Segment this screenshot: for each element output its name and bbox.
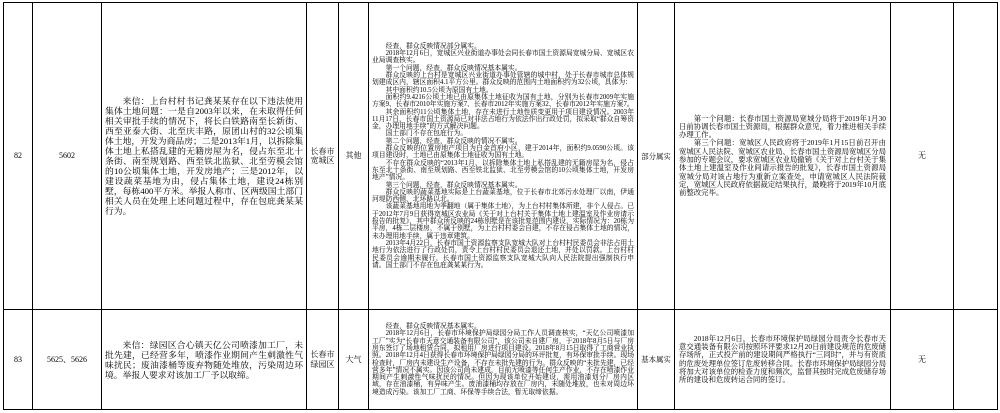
handling-cell: 第一个问题：长春市国土资源局宽城分局将于2019年1月30日前协调长春市国土资源… bbox=[675, 3, 891, 310]
case-number-cell: 5602 bbox=[33, 3, 102, 310]
paragraph: 其余面积约11公顷集体土地，存在未进行土地性质变更用于项目建设情况。2003年1… bbox=[372, 109, 634, 131]
complaint-text: 来信：绿园区合心镇天亿公司喷漆加工厂，未批先建，已经营多年，喷漆作业期间产生刺激… bbox=[105, 340, 303, 380]
paragraph: 其中面积约10.5公顷为原国有土地。 bbox=[372, 87, 634, 94]
pollution-type-cell: 其他 bbox=[339, 3, 369, 310]
row-number-cell: 82 bbox=[4, 3, 33, 310]
pollution-type-cell: 大气 bbox=[339, 310, 369, 410]
paragraph: 第一个问题：长春市国土资源局宽城分局将于2019年1月30日前协调长春市国土资源… bbox=[679, 115, 886, 140]
paragraph: 2018年12月6日，长春市环境保护局绿园分局责令长春市天意交通装备有限公司按照… bbox=[679, 335, 886, 385]
verification-cell: 经查，群众反映情况基本属实。2018年12月6日，长春市环境保护局绿园分局工作人… bbox=[369, 310, 638, 410]
handling-cell: 2018年12月6日，长春市环境保护局绿园分局责令长春市天意交通装备有限公司按照… bbox=[675, 310, 891, 410]
table-row: 82 5602 来信：上台村村书记龚某某存在以下违法使用集体土地问题：一是自20… bbox=[4, 3, 998, 310]
region-cell: 长春市宽城区 bbox=[307, 3, 339, 310]
paragraph: 第二个问题，经查，群众反映的情况不属实。 bbox=[372, 138, 634, 145]
petition-handling-table: 82 5602 来信：上台村村书记龚某某存在以下违法使用集体土地问题：一是自20… bbox=[3, 2, 998, 410]
remark-cell bbox=[954, 3, 998, 310]
paragraph: 面积约9.4216公顷土地已由原集体土地征收为国有土地，分别为长春市2009年实… bbox=[372, 94, 634, 109]
paragraph: 第一个问题，经查，群众反映情况基本属实。 bbox=[372, 65, 634, 72]
paragraph: 国土部门不存在包庇行为。 bbox=[372, 130, 634, 137]
paragraph: 2018年12月6日，长春市环境保护局绿园分局工作人员调查核实，“天亿公司喷漆加… bbox=[372, 330, 634, 396]
paragraph: 群众反映的蔬菜基地实际是上台蔬菜基地，位于长春市北郊污水处理厂以南，伊通河堤防西… bbox=[372, 189, 634, 204]
complaint-text: 来信：上台村村书记龚某某存在以下违法使用集体土地问题：一是自2003年以来，在未… bbox=[105, 96, 303, 216]
accountability-cell: 无 bbox=[891, 3, 954, 310]
validity-cell: 基本属实 bbox=[638, 310, 675, 410]
paragraph: 群众反映的上台村是宽城区兴业街道办事处管辖的城中村，处于长春市城市总体规划建成区… bbox=[372, 72, 634, 87]
remark-cell bbox=[954, 310, 998, 410]
paragraph: 不存在群众反映的“2013年1月，以拆除集体土地上私搭乱建的无籍房屋为名，侵占东… bbox=[372, 160, 634, 182]
table-row: 83 5625、5626 来信：绿园区合心镇天亿公司喷漆加工厂，未批先建，已经营… bbox=[4, 310, 998, 410]
validity-cell: 部分属实 bbox=[638, 3, 675, 310]
paragraph: 该蔬菜基地用地为季翻地（属于集体土地），为上台村村集体所建，非个人侵占。已于20… bbox=[372, 203, 634, 239]
row-number-cell: 83 bbox=[4, 310, 33, 410]
paragraph: 群众反映的位置房地产项目为白金首府小区，建于2014年，面积约9.0590公顷。… bbox=[372, 145, 634, 160]
complaint-cell: 来信：绿园区合心镇天亿公司喷漆加工厂，未批先建，已经营多年，喷漆作业期间产生刺激… bbox=[102, 310, 307, 410]
paragraph: 第三个问题：宽城区人民政府将于2019年1月15日前召开由宽城区人民法院、宽城区… bbox=[679, 139, 886, 197]
complaint-cell: 来信：上台村村书记龚某某存在以下违法使用集体土地问题：一是自2003年以来，在未… bbox=[102, 3, 307, 310]
paragraph: 2018年12月6日，宽城区兴业街道办事处会同长春市国土资源局宽城分局、宽城区农… bbox=[372, 50, 634, 65]
paragraph: 第三个问题，经查，群众反映情况基本属实。 bbox=[372, 182, 634, 189]
accountability-cell: 无 bbox=[891, 310, 954, 410]
paragraph: 2013年4月22日，长春市国土资源监察支队宽城大队对上台村村民委员会非法占用土… bbox=[372, 240, 634, 269]
verification-cell: 经查，群众反映情况部分属实。2018年12月6日，宽城区兴业街道办事处会同长春市… bbox=[369, 3, 638, 310]
region-cell: 长春市绿园区 bbox=[307, 310, 339, 410]
case-number-cell: 5625、5626 bbox=[33, 310, 102, 410]
